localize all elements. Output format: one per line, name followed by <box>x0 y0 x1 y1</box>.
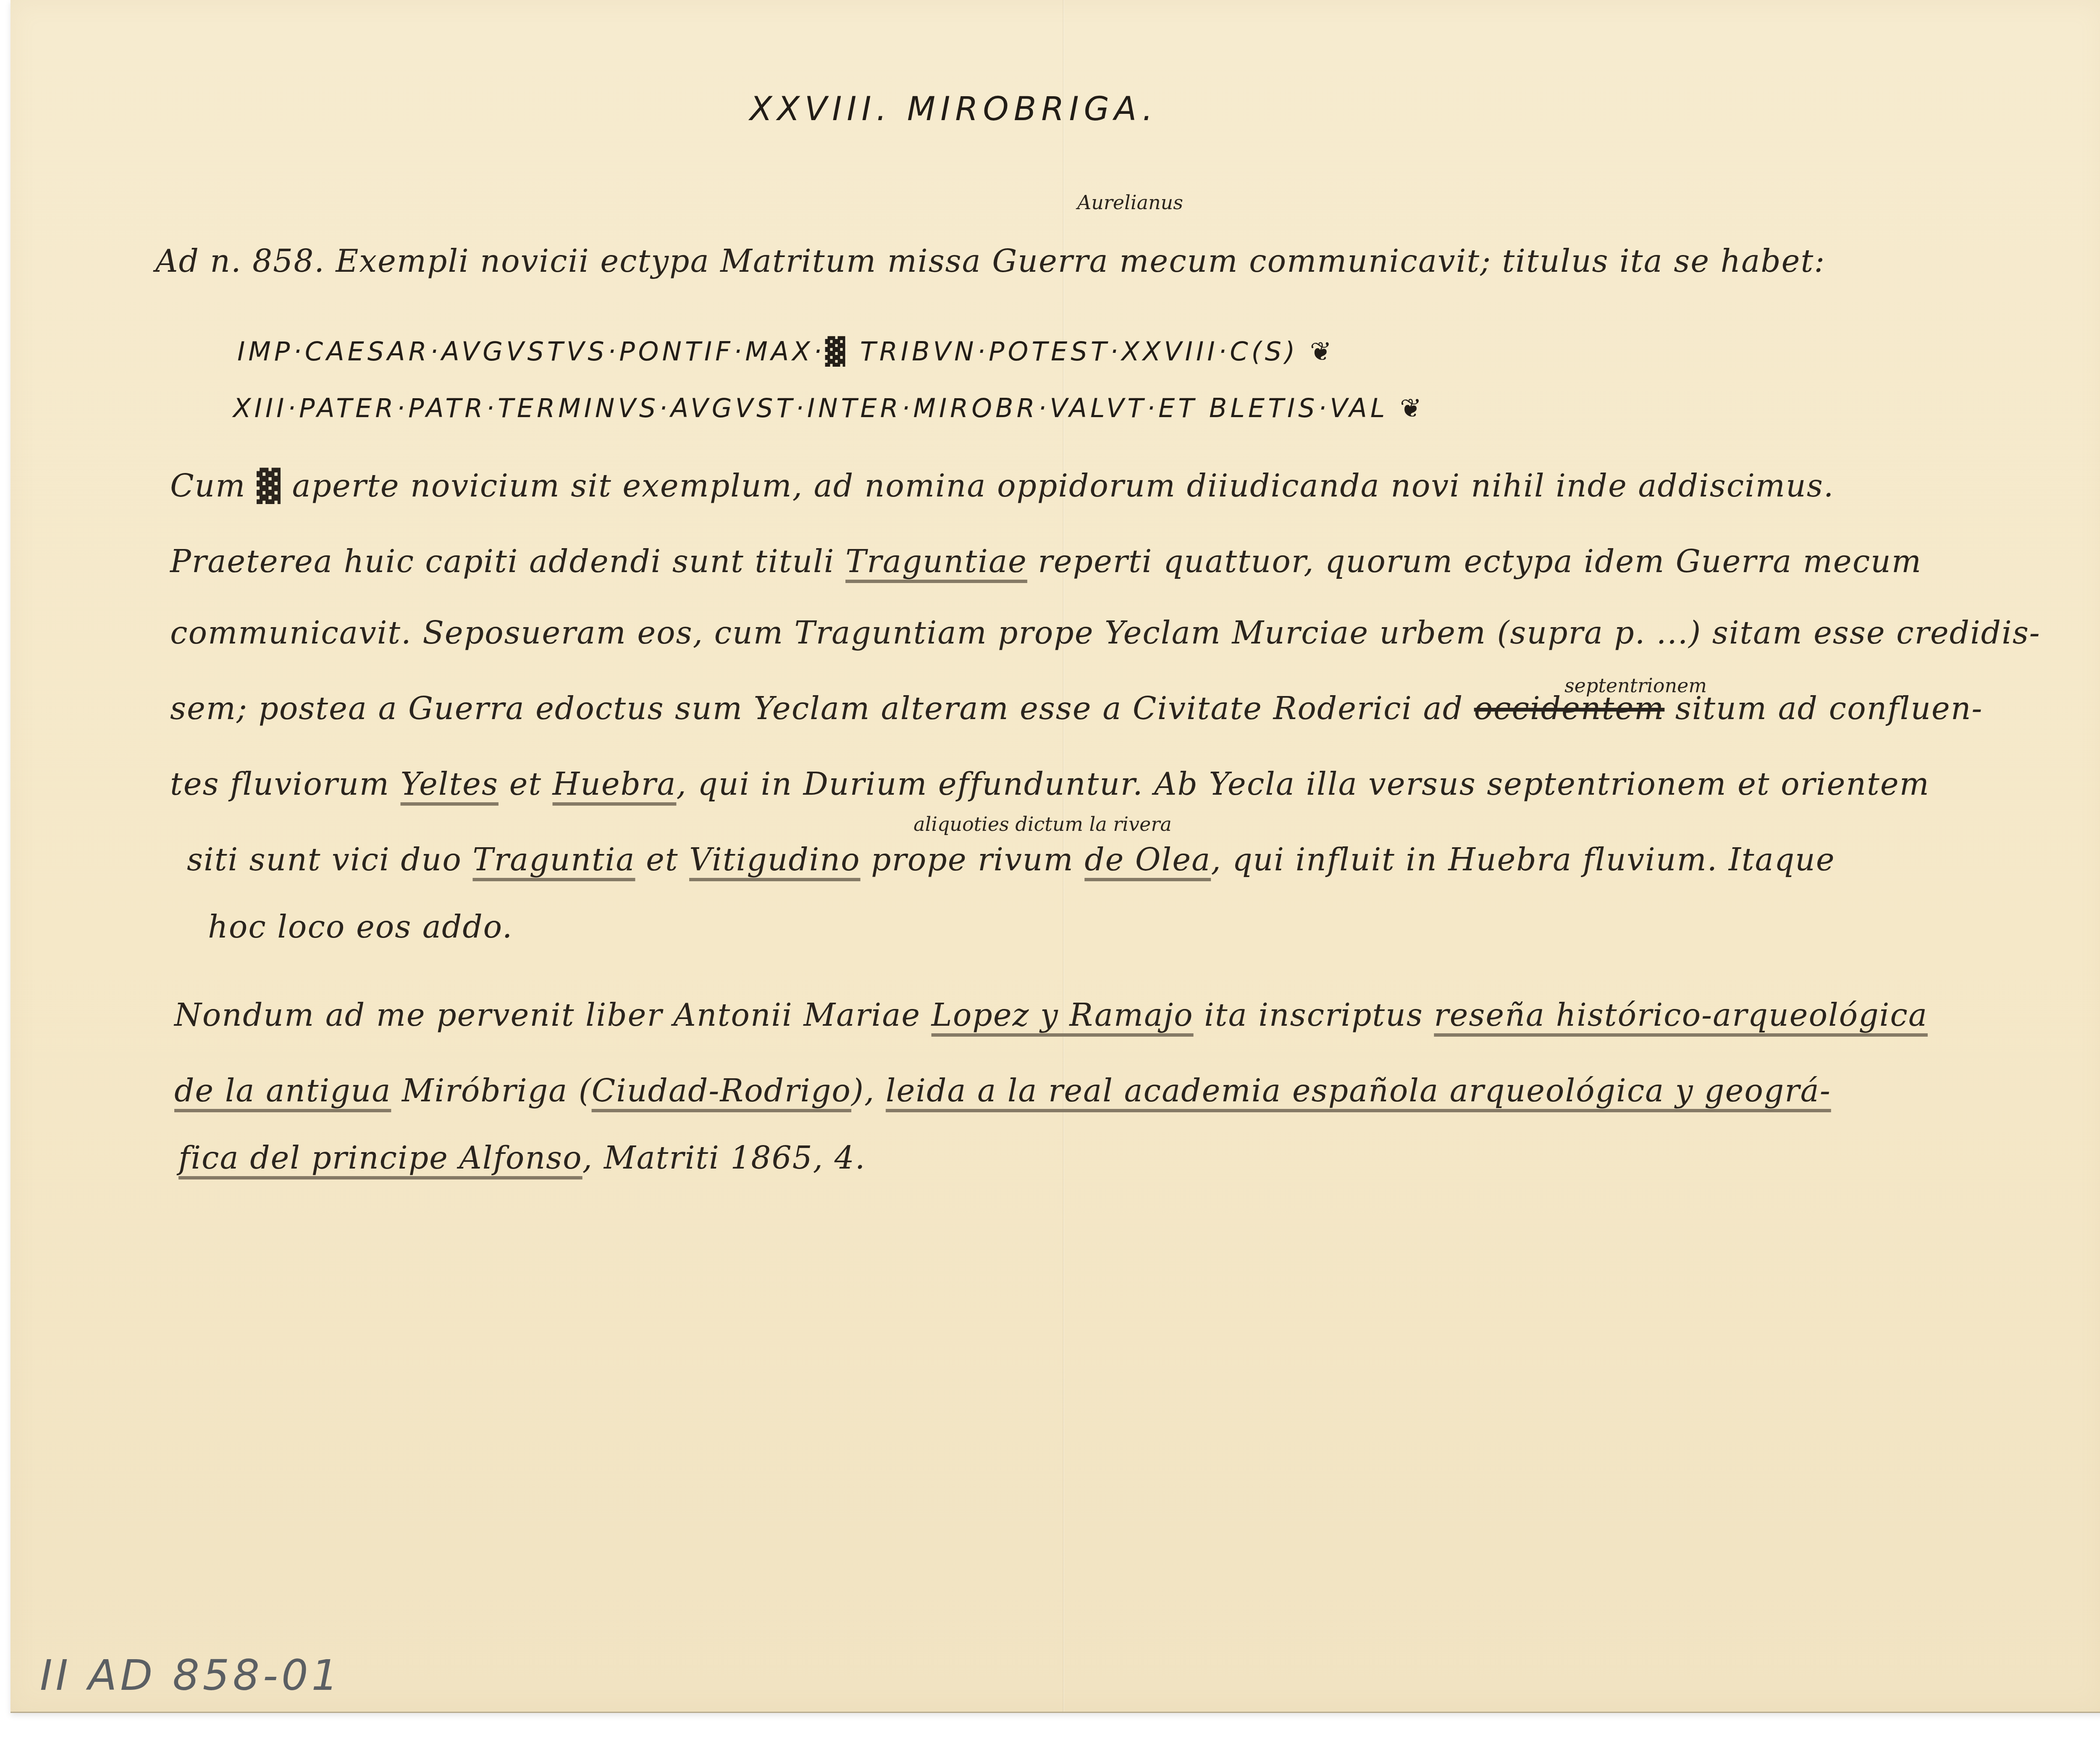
underlined-book-title: de la antigua <box>174 1073 391 1109</box>
text-segment: et <box>499 766 553 802</box>
text-segment: siti sunt vici duo <box>187 842 472 878</box>
underlined-book-title: leida a la real academia española arqueo… <box>886 1073 1831 1109</box>
underlined-book-title: fica del principe Alfonso <box>178 1140 583 1176</box>
paragraph-4-line-1: Nondum ad me pervenit liber Antonii Mari… <box>174 1000 1928 1031</box>
paragraph-3-line-5: siti sunt vici duo Traguntia et Vitigudi… <box>187 844 1835 875</box>
paragraph-3-line-1: Praeterea huic capiti addendi sunt titul… <box>170 546 1922 577</box>
text-segment: Miróbriga ( <box>391 1073 591 1109</box>
underlined-river-yeltes: Yeltes <box>401 766 499 802</box>
text-segment: reperti quattuor, quorum ectypa idem Gue… <box>1027 544 1922 580</box>
paragraph-4-line-3: fica del principe Alfonso, Matriti 1865,… <box>178 1143 866 1174</box>
page-title: XXVIII. MIROBRIGA. <box>750 90 1158 128</box>
text-segment: Nondum ad me pervenit liber Antonii Mari… <box>174 997 932 1033</box>
inscription-line-1: IMP·CAESAR·AVGVSTVS·PONTIF·MAX·▓ TRIBVN·… <box>237 336 1335 367</box>
paragraph-3-line-4: tes fluviorum Yeltes et Huebra, qui in D… <box>170 769 1930 800</box>
paragraph-4-line-2: de la antigua Miróbriga (Ciudad-Rodrigo)… <box>174 1075 1831 1106</box>
paragraph-3-line-6: hoc loco eos addo. <box>208 911 513 943</box>
text-segment: ita inscriptus <box>1194 997 1434 1033</box>
text-segment: Praeterea huic capiti addendi sunt titul… <box>170 544 845 580</box>
text-segment: ), <box>851 1073 886 1109</box>
text-segment: Ad n. 858. Exempli novicii ectypa Matrit… <box>155 243 992 279</box>
text-segment: prope rivum <box>860 842 1084 878</box>
underlined-city-name: Ciudad-Rodrigo <box>592 1073 851 1109</box>
paragraph-3-line-3: sem; postea a Guerra edoctus sum Yeclam … <box>170 693 1983 724</box>
manuscript-page: XXVIII. MIROBRIGA. Aurelianus Ad n. 858.… <box>10 0 2100 1713</box>
text-segment: tes fluviorum <box>170 766 401 802</box>
underlined-author-name: Lopez y Ramajo <box>932 997 1194 1033</box>
underlined-place-traguntia: Traguntia <box>472 842 635 878</box>
struck-word: occidentem <box>1474 691 1665 727</box>
text-segment: sem; postea a Guerra edoctus sum Yeclam … <box>170 691 1474 727</box>
underlined-place-name: Traguntiae <box>845 544 1027 580</box>
text-segment: , qui influit in Huebra fluvium. Itaque <box>1211 842 1835 878</box>
archive-shelfmark: II AD 858-01 <box>40 1651 341 1700</box>
text-segment: , Matriti 1865, 4. <box>583 1140 866 1176</box>
inscription-line-2: XIII·PATER·PATR·TERMINVS·AVGVST·INTER·MI… <box>233 393 1425 423</box>
insertion-la-rivera: aliquoties dictum la rivera <box>913 813 1172 835</box>
underlined-river-huebra: Huebra <box>552 766 676 802</box>
text-segment: , qui in Durium effunduntur. Ab Yecla il… <box>676 766 1929 802</box>
text-segment: et <box>635 842 689 878</box>
paragraph-3-line-2: communicavit. Seposueram eos, cum Tragun… <box>170 617 2041 649</box>
insertion-aurelianus: Aurelianus <box>1077 191 1183 214</box>
paragraph-1-line-1: Ad n. 858. Exempli novicii ectypa Matrit… <box>155 246 1825 277</box>
text-segment: Guerra mecum communicavit; titulus ita s… <box>992 243 1825 279</box>
underlined-book-title: reseña histórico-arqueológica <box>1434 997 1928 1033</box>
text-segment: situm ad confluen- <box>1664 691 1983 727</box>
underlined-river-olea: de Olea <box>1084 842 1211 878</box>
paragraph-2-line-1: Cum ▓ aperte novicium sit exemplum, ad n… <box>170 470 1834 502</box>
underlined-place-vitigudino: Vitigudino <box>689 842 861 878</box>
